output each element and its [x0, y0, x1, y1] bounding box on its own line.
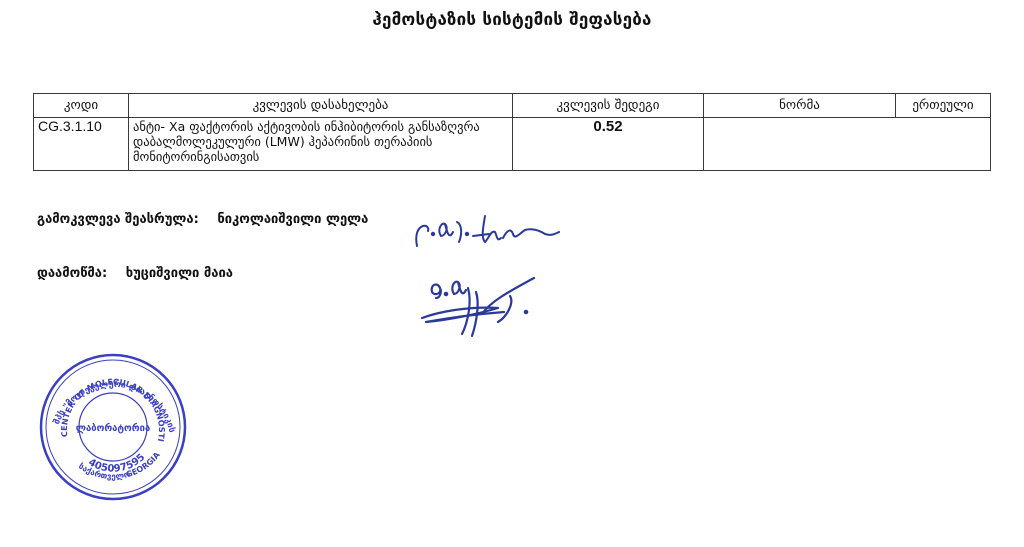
results-table: კოდი კვლევის დასახელება კვლევის შედეგი ნ… [33, 93, 991, 171]
company-stamp-icon: შპს "მოლეკულური დიაგნოსტიკის ცენტრი" CEN… [38, 352, 188, 502]
cell-norm-unit [704, 118, 991, 171]
document-title: ჰემოსტაზის სისტემის შეფასება [0, 10, 1024, 30]
signature-verifier-icon [418, 272, 548, 342]
header-result: კვლევის შედეგი [513, 94, 704, 118]
verified-by-label: დაამოწმა: [37, 266, 107, 281]
performed-by-label: გამოკვლევა შეასრულა: [37, 212, 199, 227]
cell-code: CG.3.1.10 [34, 118, 129, 171]
signature-performer-icon [405, 212, 565, 257]
cell-test-name: ანტი- Xa ფაქტორის აქტივობის ინჰიბიტორის … [129, 118, 513, 171]
stamp-center-text: ლაბორატორია [76, 423, 150, 434]
header-test-name: კვლევის დასახელება [129, 94, 513, 118]
performed-by-name: ნიკოლაიშვილი ლელა [217, 212, 368, 227]
verified-by-line: დაამოწმა: ხუციშვილი მაია [37, 266, 233, 281]
cell-result: 0.52 [513, 118, 704, 171]
performed-by-line: გამოკვლევა შეასრულა: ნიკოლაიშვილი ლელა [37, 212, 368, 227]
header-norm: ნორმა [704, 94, 896, 118]
header-unit: ერთეული [896, 94, 991, 118]
table-header-row: კოდი კვლევის დასახელება კვლევის შედეგი ნ… [34, 94, 991, 118]
verified-by-name: ხუციშვილი მაია [126, 266, 233, 281]
header-code: კოდი [34, 94, 129, 118]
table-row: CG.3.1.10 ანტი- Xa ფაქტორის აქტივობის ინ… [34, 118, 991, 171]
